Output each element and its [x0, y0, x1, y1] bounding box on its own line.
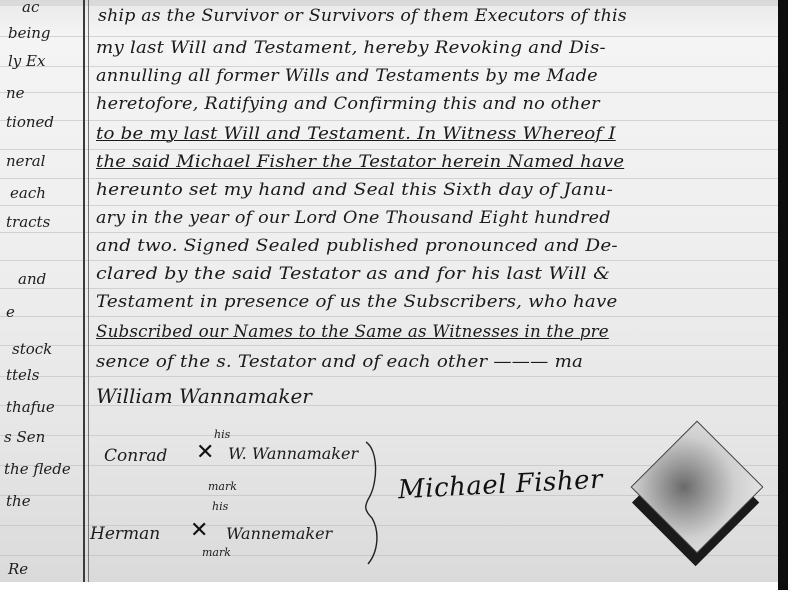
margin-note: stock — [12, 340, 52, 358]
ruled-line — [0, 555, 782, 556]
margin-note: s Sen — [4, 428, 45, 446]
witness-herman-mark: mark — [202, 546, 231, 559]
ruled-line — [0, 345, 782, 346]
margin-note: tracts — [6, 213, 50, 231]
body-line-9: and two. Signed Sealed published pronoun… — [96, 236, 618, 256]
ruled-line — [0, 36, 782, 37]
witness-conrad-prefix: Conrad — [104, 446, 167, 466]
testator-signature: Michael Fisher — [397, 465, 603, 506]
body-line-13: sence of the s. Testator and of each oth… — [96, 352, 583, 372]
body-line-11: Testament in presence of us the Subscrib… — [96, 292, 617, 312]
ruled-line — [0, 205, 782, 206]
witness-william-wannamaker: William Wannamaker — [96, 384, 312, 408]
witness-herman-name: Wannemaker — [226, 524, 332, 543]
witness-conrad-mark: mark — [208, 480, 237, 493]
body-line-10: clared by the said Testator as and for h… — [96, 264, 610, 284]
ruled-line — [0, 92, 782, 93]
ruled-line — [0, 232, 782, 233]
margin-note: and — [18, 270, 46, 288]
body-line-2: my last Will and Testament, hereby Revok… — [96, 38, 606, 58]
ruled-line — [0, 288, 782, 289]
body-line-4: heretofore, Ratifying and Confirming thi… — [96, 94, 600, 114]
body-line-7: hereunto set my hand and Seal this Sixth… — [96, 180, 613, 200]
ruled-line — [0, 316, 782, 317]
margin-note: Re — [8, 560, 28, 578]
body-line-5: to be my last Will and Testament. In Wit… — [96, 124, 616, 144]
margin-note: tioned — [6, 113, 54, 131]
witness-herman-x-mark-icon: ✕ — [190, 518, 208, 543]
margin-note: ly Ex — [8, 52, 45, 70]
witness-conrad-x-mark-icon: ✕ — [196, 440, 214, 465]
margin-rule — [83, 0, 85, 582]
witness-conrad-his: his — [214, 428, 230, 441]
ruled-line — [0, 120, 782, 121]
witness-herman-his: his — [212, 500, 228, 513]
body-line-3: annulling all former Wills and Testament… — [96, 66, 598, 86]
wax-seal-icon — [631, 421, 764, 554]
witness-herman-prefix: Herman — [90, 524, 160, 544]
document-page: ac being ly Ex ne tioned neral each trac… — [0, 0, 782, 582]
ruled-line — [0, 435, 782, 436]
witness-conrad-name: W. Wannamaker — [228, 444, 358, 463]
ruled-line — [0, 376, 782, 377]
margin-note: neral — [6, 152, 45, 170]
margin-note: the flede — [4, 460, 71, 478]
margin-note: ne — [6, 84, 25, 102]
margin-note: ac — [22, 0, 39, 16]
margin-note: each — [10, 184, 46, 202]
margin-note: ttels — [6, 366, 39, 384]
ruled-line — [0, 260, 782, 261]
body-line-1: ship as the Survivor or Survivors of the… — [98, 6, 627, 26]
body-line-12: Subscribed our Names to the Same as Witn… — [96, 322, 609, 342]
witness-brace-icon — [362, 440, 384, 568]
ruled-line — [0, 178, 782, 179]
margin-note: e — [6, 303, 15, 321]
body-line-8: ary in the year of our Lord One Thousand… — [96, 208, 611, 228]
body-line-6: the said Michael Fisher the Testator her… — [96, 152, 624, 172]
margin-note: the — [6, 492, 31, 510]
margin-rule-inner — [88, 0, 89, 582]
ruled-line — [0, 149, 782, 150]
margin-note: thafue — [6, 398, 55, 416]
page-binding-edge — [778, 0, 788, 590]
margin-note: being — [8, 24, 51, 42]
